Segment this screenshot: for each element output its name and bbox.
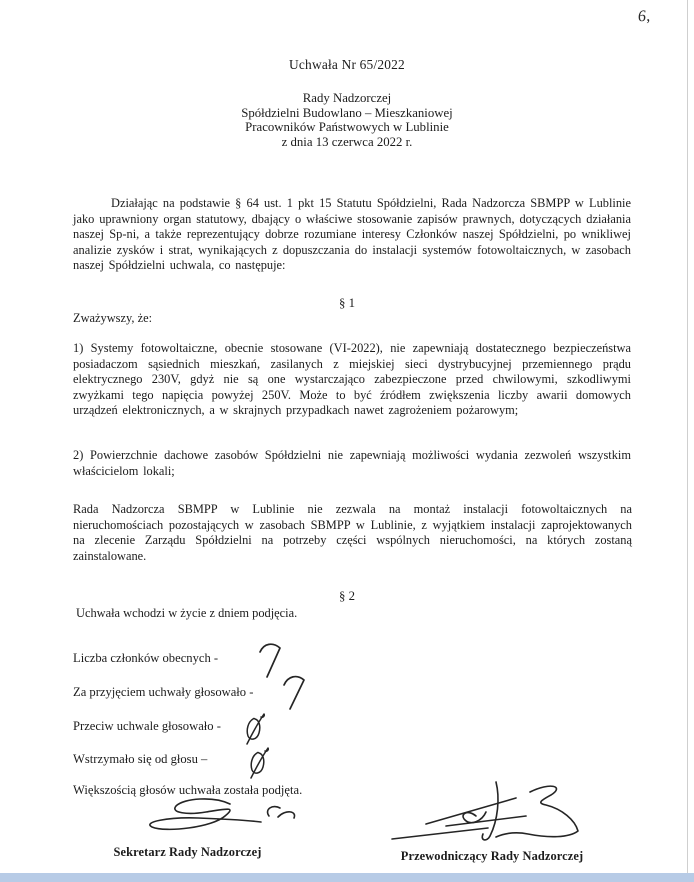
secretary-signature	[128, 794, 303, 849]
footer-scan-bar	[0, 873, 694, 882]
vote-row-for-label: Za przyjęciem uchwały głosowało -	[73, 685, 253, 700]
vote-row-abstain-label: Wstrzymało się od głosu –	[73, 752, 207, 767]
resolution-subtitle: Rady Nadzorczej Spółdzielni Budowlano – …	[0, 91, 694, 149]
section-1-heading: § 1	[0, 296, 694, 311]
resolution-title: Uchwała Nr 65/2022	[0, 57, 694, 73]
section-2-body: Uchwała wchodzi w życie z dniem podjęcia…	[76, 606, 297, 622]
section-1-decision: Rada Nadzorcza SBMPP w Lublinie nie zezw…	[73, 502, 632, 564]
intro-paragraph: Działając na podstawie § 64 ust. 1 pkt 1…	[73, 196, 631, 274]
handwritten-zero-slashed-abstain	[248, 744, 272, 787]
subtitle-line-date: z dnia 13 czerwca 2022 r.	[0, 135, 694, 150]
document-page: 6, Uchwała Nr 65/2022 Rady Nadzorczej Sp…	[0, 0, 694, 882]
vote-row-present-label: Liczba członków obecnych -	[73, 651, 218, 666]
section-1-item-2: 2) Powierzchnie dachowe zasobów Spółdzie…	[73, 448, 631, 479]
secretary-signature-label: Sekretarz Rady Nadzorczej	[95, 845, 280, 860]
section-2-heading: § 2	[0, 589, 694, 604]
chairman-signature-label: Przewodniczący Rady Nadzorczej	[378, 849, 606, 864]
handwritten-seven-for	[281, 672, 307, 717]
subtitle-line-council: Rady Nadzorczej	[0, 91, 694, 106]
scan-edge-line	[687, 0, 689, 882]
subtitle-line-cooperative: Spółdzielni Budowlano – Mieszkaniowej	[0, 106, 694, 121]
handwritten-page-number: 6,	[637, 8, 650, 27]
section-1-lead: Zważywszy, że:	[73, 311, 152, 327]
handwritten-seven-present	[257, 640, 283, 685]
chairman-signature	[388, 776, 580, 859]
vote-row-against-label: Przeciw uchwale głosowało -	[73, 719, 221, 734]
subtitle-line-city: Pracowników Państwowych w Lublinie	[0, 120, 694, 135]
section-1-item-1: 1) Systemy fotowoltaiczne, obecnie stoso…	[73, 341, 631, 419]
